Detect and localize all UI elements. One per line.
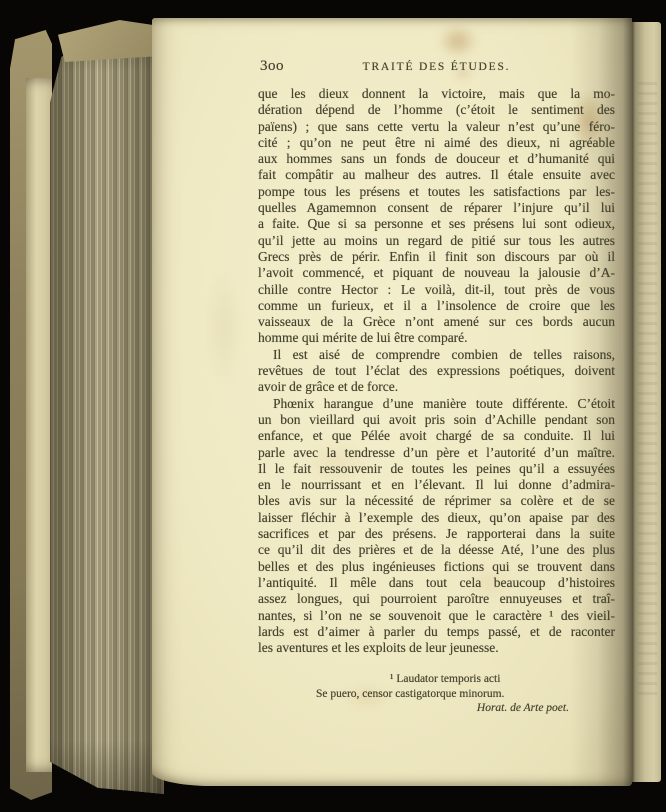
text-line: chille contre Hector : Le voilà, dit-il,…: [258, 282, 615, 298]
text-line: dération dépend de l’homme (c’étoit le s…: [258, 102, 615, 118]
text-line: Grecs près de périr. Enfin il finit son …: [258, 249, 615, 265]
text-line: en le nourrissant et en l’élevant. Il lu…: [258, 477, 615, 493]
text-line: vaisseaux de la Grèce n’ont amené sur ce…: [258, 314, 615, 330]
text-line: païens) ; que sans cette vertu la valeur…: [258, 119, 615, 135]
page-stack-fore-edge: [50, 26, 164, 794]
text-line: l’avoit commencé, et piquant de nouveau …: [258, 265, 615, 281]
text-body: que les dieux donnent la victoire, mais …: [258, 86, 615, 656]
running-title: TRAITÉ DES ÉTUDES.: [258, 58, 615, 73]
text-line: qu’il jette au moins un regard de pitié …: [258, 233, 615, 249]
text-line: comme un furieux, et il a l’insolence de…: [258, 298, 615, 314]
facing-page-sliver: [632, 22, 661, 782]
text-line: assez longues, qui pourroient paroître e…: [258, 591, 615, 607]
text-line: enfance, et que Pélée avoit chargé de sa…: [258, 428, 615, 444]
text-line: bles avis sur la nécessité de réprimer s…: [258, 493, 615, 509]
footnote-attribution: Horat. de Arte poet.: [258, 701, 615, 716]
flyleaf-edge: [26, 78, 52, 772]
text-line: l’antiquité. Il mêle dans tout cela beau…: [258, 575, 615, 591]
text-line: parle avec la tendresse d’un père et l’a…: [258, 445, 615, 461]
page-number: 3oo: [260, 58, 284, 75]
text-line: cité ; qu’on ne peut être ni aimé des di…: [258, 135, 615, 151]
text-line: sacrifices et par des présens. Je rappor…: [258, 526, 615, 542]
text-line: avoir de grâce et de force.: [258, 379, 615, 395]
text-line: revêtues de tout l’éclat des expressions…: [258, 363, 615, 379]
text-line: laisser fléchir à l’exemple des dieux, q…: [258, 510, 615, 526]
paragraph: Il est aisé de comprendre combien de tel…: [258, 347, 615, 396]
text-line: lards est d’aimer à parler du temps pass…: [258, 624, 615, 640]
text-line: fait compâtir au malheur des autres. Il …: [258, 167, 615, 183]
footnote: ¹ Laudator temporis acti Se puero, censo…: [258, 672, 615, 716]
footnote-line-2: Se puero, censor castigatorque minorum.: [316, 687, 615, 702]
text-line: a faite. Que si sa personne et ses prése…: [258, 216, 615, 232]
foxing-stain: [438, 24, 478, 58]
footnote-line-1: ¹ Laudator temporis acti: [390, 672, 615, 687]
foxing-stain: [204, 268, 244, 388]
text-line: Il est aisé de comprendre combien de tel…: [258, 347, 615, 363]
text-line: quelles Agamemnon consent de réparer l’i…: [258, 200, 615, 216]
text-line: nantes, si l’on ne se souvenoit que le c…: [258, 608, 615, 624]
paragraph: que les dieux donnent la victoire, mais …: [258, 86, 615, 347]
ghost-text: [638, 82, 657, 702]
text-line: Phœnix harangue d’une manière toute diff…: [258, 396, 615, 412]
page-header: 3oo TRAITÉ DES ÉTUDES.: [258, 58, 615, 76]
book-page: 3oo TRAITÉ DES ÉTUDES. que les dieux don…: [152, 18, 632, 786]
text-line: belles et des plus ingénieuses fictions …: [258, 559, 615, 575]
text-line: Il le fait ressouvenir de toutes les pei…: [258, 461, 615, 477]
text-line: ce qu’il dit des prières et de la déesse…: [258, 542, 615, 558]
paragraph: Phœnix harangue d’une manière toute diff…: [258, 396, 615, 657]
book-scan: 3oo TRAITÉ DES ÉTUDES. que les dieux don…: [0, 0, 666, 812]
text-line: pompe tous les présens et toutes les sat…: [258, 184, 615, 200]
text-line: aux hommes sans un fonds de douceur et d…: [258, 151, 615, 167]
text-line: un bon vieillard qui avoit pris soin d’A…: [258, 412, 615, 428]
text-line: homme qui mérite de lui être comparé.: [258, 330, 615, 346]
text-line: que les dieux donnent la victoire, mais …: [258, 86, 615, 102]
text-line: les aventures et les exploits de leur je…: [258, 640, 615, 656]
